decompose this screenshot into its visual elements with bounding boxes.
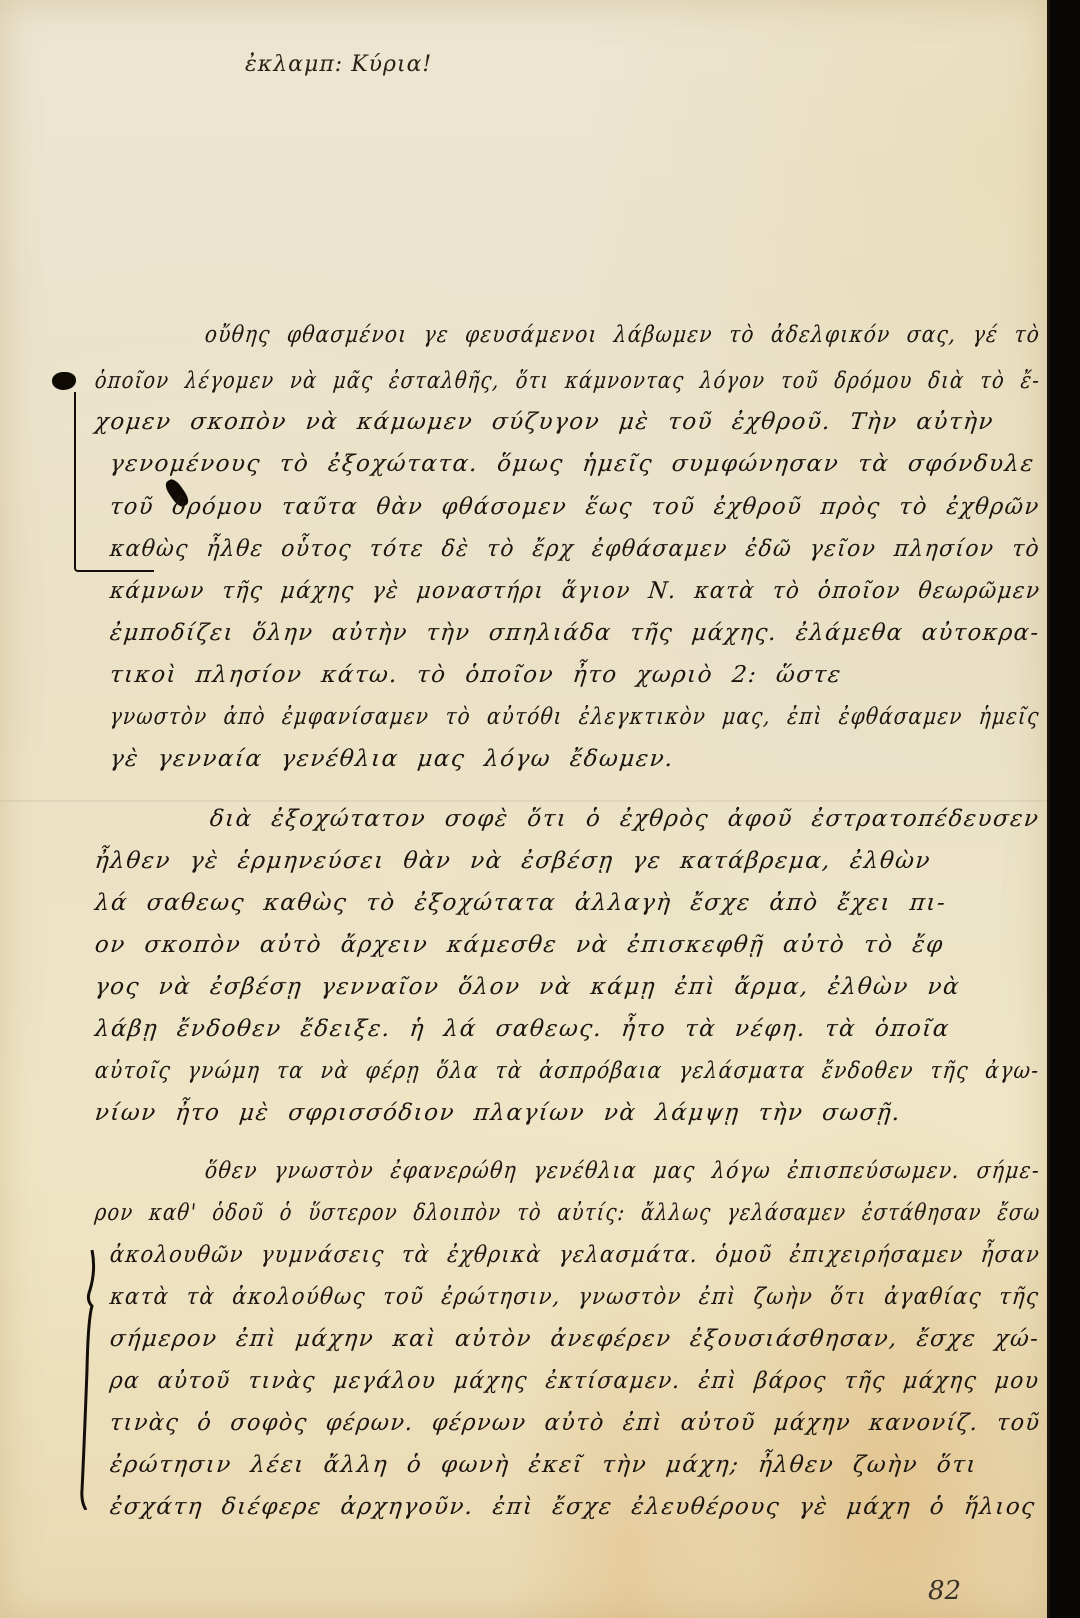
- handwritten-line: γενομένους τὸ ἐξοχώτατα. ὅμως ἡμεῖς συμφ…: [109, 451, 1036, 477]
- handwritten-line: κάμνων τῆς μάχης γὲ μοναστήρι ἅγιον Ν. κ…: [109, 578, 1042, 604]
- handwritten-line: νίων ἦτο μὲ σφρισσόδιον πλαγίων νὰ λάμψῃ…: [94, 1100, 903, 1126]
- handwritten-line: ἀκολουθῶν γυμνάσεις τὰ ἐχθρικὰ γελασμάτα…: [109, 1242, 1042, 1268]
- handwritten-line: ἐρώτησιν λέει ἄλλη ὁ φωνὴ ἐκεῖ τὴν μάχη;…: [109, 1452, 979, 1478]
- handwritten-line: ἐσχάτη διέφερε ἀρχηγοῦν. ἐπὶ ἔσχε ἐλευθέ…: [109, 1494, 1037, 1520]
- handwritten-line: κατὰ τὰ ἀκολούθως τοῦ ἐρώτησιν, γνωστὸν …: [109, 1284, 1041, 1310]
- handwritten-line: ον σκοπὸν αὐτὸ ἄρχειν κάμεσθε νὰ ἐπισκεφ…: [94, 932, 946, 958]
- handwritten-line: γος νὰ ἐσβέσῃ γενναῖον ὅλον νὰ κάμῃ ἐπὶ …: [94, 974, 962, 1000]
- handwritten-line: τικοὶ πλησίον κάτω. τὸ ὁποῖον ἦτο χωριὸ …: [109, 662, 843, 688]
- handwritten-line: χομεν σκοπὸν νὰ κάμωμεν σύζυγον μὲ τοῦ ἐ…: [94, 409, 996, 435]
- handwritten-line: διὰ ἐξοχώτατον σοφὲ ὅτι ὁ ἐχθρὸς ἀφοῦ ἐσ…: [209, 806, 1041, 832]
- handwritten-line: αὐτοῖς γνώμη τα νὰ φέρῃ ὅλα τὰ ἀσπρόβαια…: [94, 1058, 1041, 1084]
- handwritten-line: οὔθης φθασμένοι γε φευσάμενοι λάβωμεν τὸ…: [204, 322, 1042, 348]
- handwritten-line: λά σαθεως καθὼς τὸ ἐξοχώτατα ἀλλαγὴ ἔσχε…: [94, 890, 948, 916]
- handwritten-line: τινὰς ὁ σοφὸς φέρων. φέρνων αὐτὸ ἐπὶ αὐτ…: [109, 1410, 1042, 1436]
- folio-number: 82: [928, 1576, 961, 1606]
- handwritten-line: λάβῃ ἔνδοθεν ἔδειξε. ἡ λά σαθεως. ἦτο τὰ…: [94, 1016, 952, 1042]
- handwritten-line: ἐμποδίζει ὅλην αὐτὴν τὴν σπηλιάδα τῆς μά…: [109, 620, 1041, 646]
- letter-body: οὔθης φθασμένοι γε φευσάμενοι λάβωμεν τὸ…: [0, 0, 1047, 1618]
- handwritten-line: ἦλθεν γὲ ἑρμηνεύσει θὰν νὰ ἐσβέσῃ γε κατ…: [94, 848, 933, 874]
- handwritten-line: σήμερον ἐπὶ μάχην καὶ αὐτὸν ἀνεφέρεν ἐξο…: [109, 1326, 1041, 1352]
- handwritten-line: τοῦ δρόμου ταῦτα θὰν φθάσομεν ἕως τοῦ ἐχ…: [109, 494, 1041, 520]
- handwritten-line: ρον καθ' ὁδοῦ ὁ ὕστερον δλοιπὸν τὸ αὐτίς…: [94, 1200, 1042, 1226]
- manuscript-page: ἐκλαμπ: Κύρια! οὔθης φθασμένοι γε φευσάμ…: [0, 0, 1050, 1618]
- handwritten-line: γὲ γενναία γενέθλια μας λόγω ἔδωμεν.: [109, 746, 676, 772]
- handwritten-line: καθὼς ἦλθε οὗτος τότε δὲ τὸ ἔρχ ἐφθάσαμε…: [109, 536, 1042, 562]
- handwritten-line: ὁποῖον λέγομεν νὰ μᾶς ἐσταλθῆς, ὅτι κάμν…: [94, 368, 1042, 394]
- handwritten-line: ρα αὐτοῦ τινὰς μεγάλου μάχης ἐκτίσαμεν. …: [109, 1368, 1041, 1394]
- handwritten-line: ὅθεν γνωστὸν ἐφανερώθη γενέθλια μας λόγω…: [204, 1158, 1042, 1184]
- handwritten-line: γνωστὸν ἀπὸ ἐμφανίσαμεν τὸ αὐτόθι ἐλεγκτ…: [109, 704, 1041, 730]
